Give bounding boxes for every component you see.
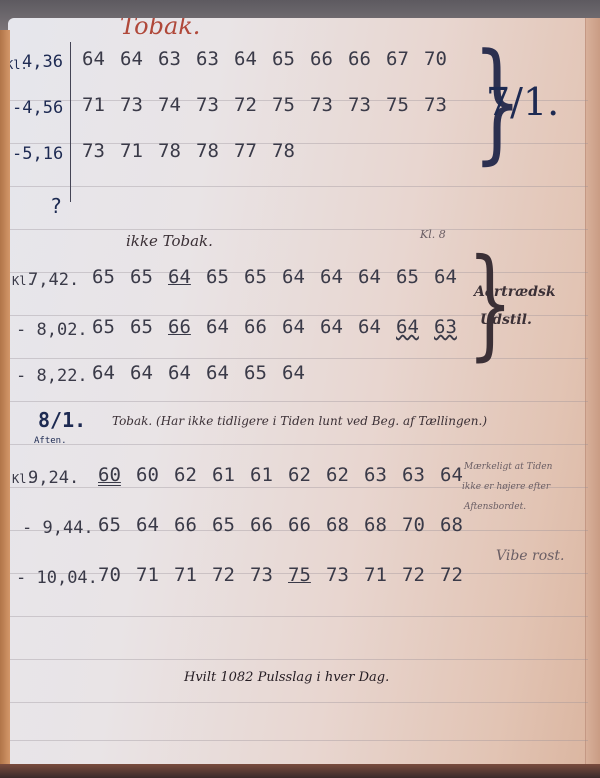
section3-row-2: 65646665666668687068: [98, 514, 478, 536]
heading-tobak: Tobak.: [120, 18, 200, 40]
section3-date-sub: Aften.: [34, 436, 67, 446]
side-note-1-line1: Mærkeligt at Tiden: [464, 462, 552, 472]
side-note-2: Vibe rost.: [496, 548, 564, 564]
ruled-line: [8, 229, 588, 230]
superscript-note: Kl. 8: [420, 228, 446, 241]
section3-row-3: 70717172737573717272: [98, 564, 478, 586]
bracket-note-line2: Udstil.: [480, 312, 532, 328]
row-time: - 10,04.: [16, 568, 98, 588]
side-note-1-line2: ikke er højere efter: [462, 482, 550, 492]
row-time: - 9,44.: [22, 518, 94, 538]
section2-row-2: 65656664666464646463: [92, 316, 472, 338]
row-time: 9,24.: [28, 468, 79, 488]
bracket: }: [467, 244, 513, 364]
side-note-1-line3: Aftensbordet.: [464, 502, 526, 512]
date-note: 7/1.: [486, 80, 559, 124]
ruled-line: [8, 401, 588, 402]
ruled-line: [8, 616, 588, 617]
footer-note: Hvilt 1082 Pulsslag i hver Dag.: [184, 670, 389, 685]
ruled-line: [8, 702, 588, 703]
bracket-note-line1: Aartrædsk: [474, 284, 556, 300]
section1-divider: [70, 42, 71, 202]
background-bottom: [0, 764, 600, 778]
ruled-line: [8, 740, 588, 741]
ruled-line: [8, 444, 588, 445]
ruled-line: [8, 659, 588, 660]
section3-row-1: 60606261616262636364: [98, 464, 478, 486]
section3-date: 8/1.: [38, 408, 86, 432]
section3-heading: Tobak. (Har ikke tidligere i Tiden lunt …: [112, 414, 487, 428]
section1-row-3: 737178787778: [82, 140, 310, 162]
row-time: 4,36: [22, 52, 63, 72]
notebook-page: Tobak. Kl. 4,36 64646363646566666770 -4,…: [8, 18, 600, 766]
row-time: -5,16: [12, 144, 63, 164]
row-time: - 8,22.: [16, 366, 88, 386]
page-edge: [585, 18, 600, 766]
row-time: 7,42.: [28, 270, 79, 290]
section1-row-2: 71737473727573737573: [82, 94, 462, 116]
row-time: -4,56: [12, 98, 63, 118]
question-mark: ?: [50, 194, 62, 218]
section2-heading: ikke Tobak.: [126, 232, 213, 250]
section2-row-3: 646464646564: [92, 362, 320, 384]
row-time: - 8,02.: [16, 320, 88, 340]
section1-row-1: 64646363646566666770: [82, 48, 462, 70]
section2-row-1: 65656465656464646564: [92, 266, 472, 288]
ruled-line: [8, 186, 588, 187]
notebook-spine: [0, 30, 10, 770]
